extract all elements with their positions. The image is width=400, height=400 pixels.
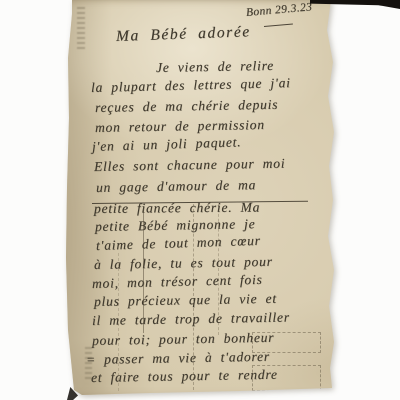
letter-line: t'aime de tout mon cœur [96, 233, 261, 254]
letter-line: à la folie, tu es tout pour [94, 254, 273, 273]
grid-impression-box [252, 365, 321, 391]
letter-line: j'en ai un joli paquet. [92, 134, 242, 155]
salutation-line: Ma Bébé adorée [116, 23, 251, 46]
fold-line [143, 206, 144, 333]
fold-line [218, 204, 219, 335]
letter-line: pour toi; pour ton bonheur [92, 330, 275, 349]
grid-impression-box [252, 332, 321, 353]
letter-line: la plupart des lettres que j'ai [91, 75, 291, 96]
date-line: Bonn 29.3.23 [245, 1, 312, 19]
edge-stamp-mark-top [77, 7, 85, 49]
letter-line: = passer ma vie à t'adorer [86, 349, 270, 368]
letter-line: reçues de ma chérie depuis [95, 97, 279, 116]
letter-line: petite Bébé mignonne je [95, 216, 256, 235]
letter-line: Je viens de relire [156, 58, 274, 76]
letter-line: un gage d'amour de ma [96, 177, 256, 196]
letter-line: plus précieux que la vie et [94, 291, 277, 310]
letter-paper: Bonn 29.3.23 Ma Bébé adorée Je viens de … [0, 0, 400, 400]
edge-stamp-mark-bottom [85, 347, 92, 379]
fold-line [118, 253, 119, 391]
letter-line: Elles sont chacune pour moi [94, 156, 286, 175]
letter-line: il me tarde trop de travailler [92, 310, 290, 329]
date-underline [264, 23, 293, 27]
letter-line: mon retour de permission [95, 117, 265, 136]
fold-line [193, 204, 194, 390]
letter-scan: Bonn 29.3.23 Ma Bébé adorée Je viens de … [0, 0, 400, 400]
